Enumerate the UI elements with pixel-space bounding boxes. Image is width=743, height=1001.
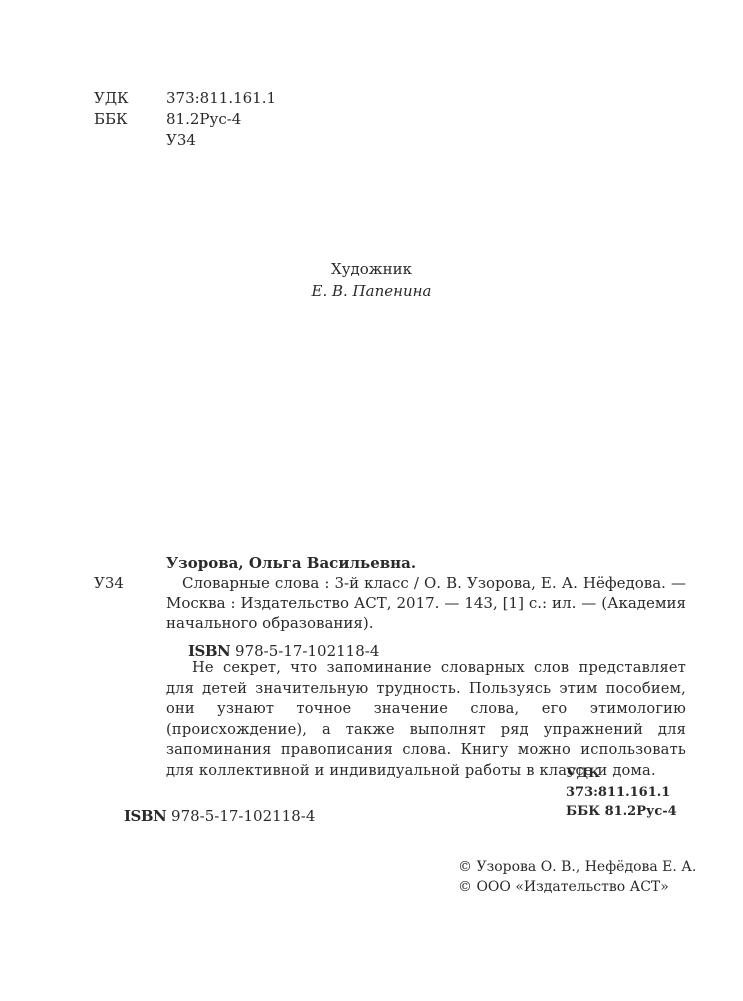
record-description: Словарные слова : 3-й класс / О. В. Узор… — [166, 573, 686, 633]
isbn-bottom-label: ISBN — [124, 807, 166, 825]
bottom-classification: УДК 373:811.161.1 ББК 81.2Рус-4 — [500, 764, 686, 821]
copyright-authors: © Узорова О. В., Нефёдова Е. А. — [458, 857, 696, 877]
copyright-publisher: © ООО «Издательство АСТ» — [458, 877, 696, 897]
record-author: Узорова, Ольга Васильевна. — [166, 553, 686, 573]
bibliographic-record: Узорова, Ольга Васильевна. У34 Словарные… — [94, 553, 686, 661]
record-author-mark: У34 — [94, 573, 124, 593]
record-entry: У34 Словарные слова : 3-й класс / О. В. … — [94, 573, 686, 633]
illustrator-name: Е. В. Папенина — [0, 280, 743, 302]
udk-row: УДК373:811.161.1 — [94, 88, 276, 109]
bbk-row: ББК81.2Рус-4 — [94, 109, 276, 130]
illustrator-credit: Художник Е. В. Папенина — [0, 258, 743, 302]
illustrator-role: Художник — [0, 258, 743, 280]
bbk-value: 81.2Рус-4 — [166, 110, 241, 128]
copyright-block: © Узорова О. В., Нефёдова Е. А. © ООО «И… — [458, 857, 696, 897]
isbn-bottom: ISBN 978-5-17-102118-4 — [124, 807, 315, 825]
isbn-bottom-value: 978-5-17-102118-4 — [171, 807, 315, 825]
bottom-udk: УДК 373:811.161.1 — [566, 764, 686, 802]
udk-value: 373:811.161.1 — [166, 89, 276, 107]
author-mark-row: У34 — [94, 130, 276, 151]
bottom-bbk: ББК 81.2Рус-4 — [566, 802, 686, 821]
author-mark: У34 — [166, 131, 196, 149]
udk-label: УДК — [94, 88, 166, 109]
bbk-label: ББК — [94, 109, 166, 130]
annotation: Не секрет, что запоминание словарных сло… — [166, 658, 686, 781]
top-classification: УДК373:811.161.1 ББК81.2Рус-4 У34 — [94, 88, 276, 151]
